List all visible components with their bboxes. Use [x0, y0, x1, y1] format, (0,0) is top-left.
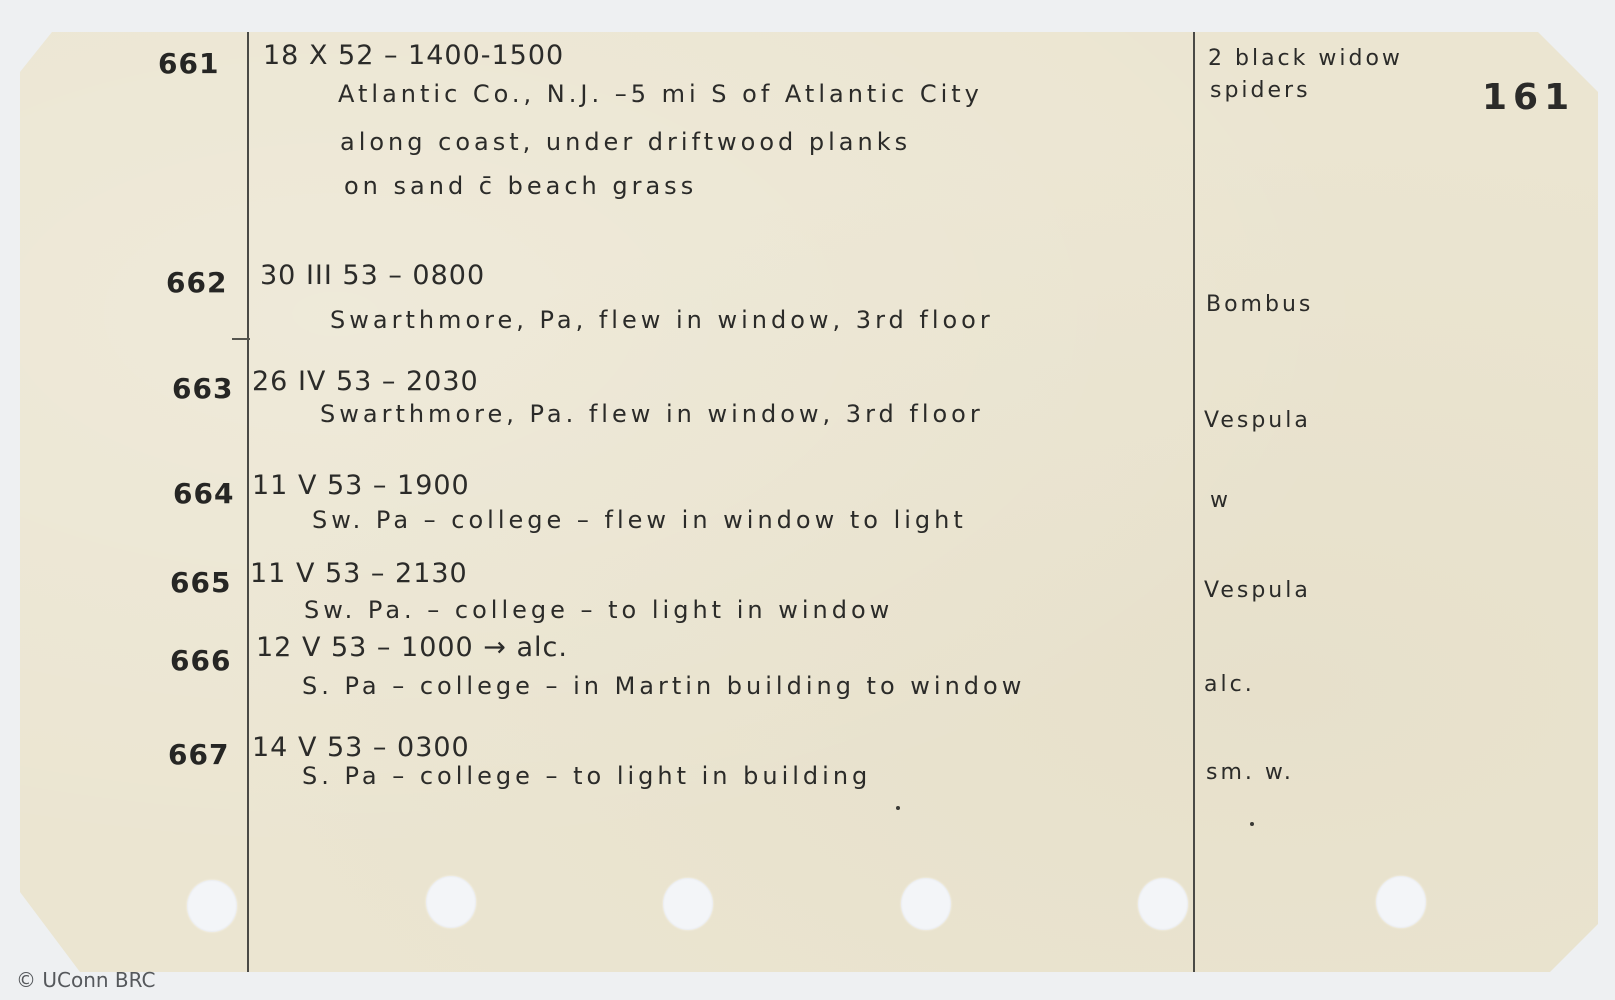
- entry-locality-line: Sw. Pa. – college – to light in window: [304, 596, 893, 624]
- entry-locality-line: Swarthmore, Pa, flew in window, 3rd floo…: [330, 306, 994, 334]
- entry-number: 661: [158, 47, 219, 80]
- entry-identification: Vespula: [1204, 578, 1311, 603]
- entry-date-time: 26 IV 53 – 2030: [252, 366, 479, 397]
- page-number: 161: [1482, 77, 1575, 118]
- binder-hole: [1138, 878, 1188, 930]
- entry-locality-line: Atlantic Co., N.J. –5 mi S of Atlantic C…: [338, 80, 983, 108]
- entry-identification: sm. w.: [1206, 760, 1294, 785]
- binder-hole: [1376, 876, 1426, 928]
- ink-dot: [896, 806, 900, 810]
- binder-hole: [901, 878, 951, 930]
- entry-locality-line: Swarthmore, Pa. flew in window, 3rd floo…: [320, 400, 984, 428]
- binder-hole: [426, 876, 476, 928]
- entry-locality-line: on sand c̄ beach grass: [344, 172, 697, 200]
- right-column-rule: [1193, 32, 1195, 972]
- entry-date-time: 14 V 53 – 0300: [252, 732, 470, 763]
- entry-number: 665: [170, 566, 231, 599]
- copyright-notice: © UConn BRC: [16, 968, 156, 992]
- entry-identification: Bombus: [1206, 292, 1313, 317]
- entry-identification: w: [1210, 488, 1231, 513]
- entry-locality-line: S. Pa – college – to light in building: [302, 762, 871, 790]
- binder-hole: [187, 880, 237, 932]
- entry-number: 664: [173, 477, 234, 510]
- entry-number: 662: [166, 266, 227, 299]
- entry-number: 666: [170, 644, 231, 677]
- entry-locality-line: S. Pa – college – in Martin building to …: [302, 672, 1025, 700]
- entry-date-time: 11 V 53 – 2130: [250, 558, 468, 589]
- margin-tick-mark: [232, 338, 250, 340]
- left-margin-rule: [247, 32, 249, 972]
- entry-locality-line: along coast, under driftwood planks: [340, 128, 911, 156]
- entry-identification: Vespula: [1204, 408, 1311, 433]
- entry-number: 667: [168, 738, 229, 771]
- entry-number: 663: [172, 372, 233, 405]
- entry-locality-line: Sw. Pa – college – flew in window to lig…: [312, 506, 967, 534]
- entry-identification: alc.: [1204, 672, 1255, 697]
- entry-identification: spiders: [1210, 78, 1311, 103]
- entry-date-time: 11 V 53 – 1900: [252, 470, 470, 501]
- entry-date-time: 30 III 53 – 0800: [260, 260, 485, 291]
- entry-date-time: 18 X 52 – 1400-1500: [263, 40, 564, 71]
- entry-identification: 2 black widow: [1208, 46, 1403, 71]
- ink-dot: [1250, 822, 1254, 826]
- entry-date-time: 12 V 53 – 1000 → alc.: [256, 632, 568, 663]
- field-notebook-card: 161 661 18 X 52 – 1400-1500 Atlantic Co.…: [20, 32, 1598, 972]
- binder-hole: [663, 878, 713, 930]
